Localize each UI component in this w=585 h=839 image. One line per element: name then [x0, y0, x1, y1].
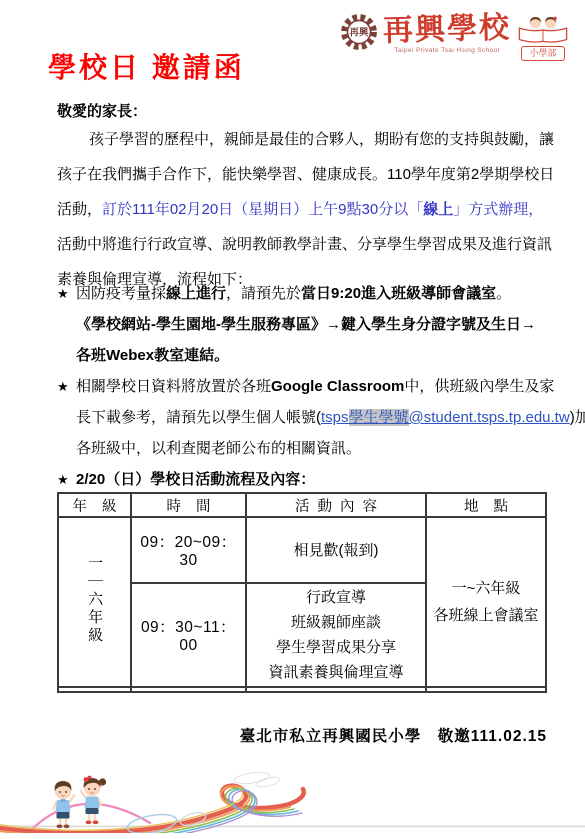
gear-logo-text: 再興 [350, 27, 369, 39]
star-bullet-icon: ★ [57, 464, 76, 495]
bullet-continuation: 長下載參考，請預先以學生個人帳號(tsps學生學號@student.tsps.t… [57, 402, 549, 433]
invitation-letter-page: 再興 再興學校 Taipei Private Tsai Hsing School… [0, 0, 585, 839]
bullet-list: ★ 因防疫考量採線上進行，請預先於當日9:20進入班級導師會議室。 《學校網站-… [57, 278, 549, 495]
page-bottom-line [0, 826, 585, 828]
intro-line: 孩子在我們攜手合作下，能快樂學習、健康成長。110學年度第2學期學校日 [57, 157, 549, 192]
header-activity: 活動內容 [246, 493, 426, 517]
bullet-continuation: 《學校網站-學生園地-學生服務專區》→鍵入學生身分證字號及生日→ [57, 309, 549, 340]
table-row: 一｜六年級 09：20~09：30 相見歡(報到) 一~六年級 各班線上會議室 [58, 517, 546, 583]
gear-logo-icon: 再興 [339, 12, 379, 52]
boy-figure [54, 781, 75, 828]
highlighted-student-id: 學生學號 [349, 409, 409, 426]
cell-activity: 行政宣導 班級親師座談 學生學習成果分享 資訊素養與倫理宣導 [246, 583, 426, 687]
website-path-text: 《學校網站-學生園地-學生服務專區》→鍵入學生身分證字號及生日→ [76, 309, 536, 340]
student-email-link[interactable]: tsps學生學號@student.tsps.tp.edu.tw [321, 409, 570, 426]
children-reading-icon [515, 14, 571, 48]
table-header-row: 年級 時間 活動內容 地點 [58, 493, 546, 517]
intro-line: 孩子學習的歷程中，親師是最佳的合夥人，期盼有您的支持與鼓勵，讓 [57, 122, 549, 157]
page-title: 學校日 邀請函 [48, 46, 245, 86]
schedule-table: 年級 時間 活動內容 地點 一｜六年級 09：20~09：30 相見歡(報到) … [57, 492, 547, 693]
intro-paragraph: 孩子學習的歷程中，親師是最佳的合夥人，期盼有您的支持與鼓勵，讓 孩子在我們攜手合… [57, 122, 549, 297]
table-stub-row [58, 687, 546, 692]
intro-line: 活動中將進行行政宣導、說明教師教學計畫、分享學生學習成果及進行資訊 [57, 227, 549, 262]
salutation: 敬愛的家長： [57, 100, 147, 121]
bullet-continuation: 各班級中，以利查閱老師公布的相關資訊。 [57, 433, 549, 464]
cell-grade-span: 一｜六年級 [58, 517, 131, 687]
school-logo: 再興 再興學校 Taipei Private Tsai Hsing School… [339, 12, 571, 61]
bullet-item-schedule: ★ 2/20（日）學校日活動流程及內容： [57, 464, 549, 495]
school-name-calligraphy: 再興學校 [383, 12, 512, 47]
bullet-continuation: 各班Webex教室連結。 [57, 340, 549, 371]
cell-place-span: 一~六年級 各班線上會議室 [426, 517, 546, 687]
webex-link-text: 各班Webex教室連結。 [76, 340, 229, 371]
signoff-text: 臺北市私立再興國民小學 敬邀111.02.15 [240, 724, 547, 746]
header-place: 地點 [426, 493, 546, 517]
header-grade: 年級 [58, 493, 131, 517]
children-decoration-icon [0, 769, 585, 833]
intro-line: 活動，訂於111年02月20日（星期日）上午9點30分以「線上」方式辦理， [57, 192, 549, 227]
girl-figure [81, 776, 107, 825]
event-date-text: 訂於111年02月20日（星期日）上午9點30分以「 [102, 201, 423, 218]
star-bullet-icon: ★ [57, 371, 76, 402]
cell-activity: 相見歡(報到) [246, 517, 426, 583]
division-badge: 小學部 [521, 46, 564, 61]
online-keyword: 線上 [423, 201, 453, 218]
header-time: 時間 [131, 493, 246, 517]
cell-time: 09：20~09：30 [131, 517, 246, 583]
star-bullet-icon: ★ [57, 278, 76, 309]
cell-time: 09：30~11：00 [131, 583, 246, 687]
bullet-item-online-entry: ★ 因防疫考量採線上進行，請預先於當日9:20進入班級導師會議室。 [57, 278, 549, 309]
school-name-english: Taipei Private Tsai Hsing School [394, 47, 499, 54]
bullet-item-classroom: ★ 相關學校日資料將放置於各班Google Classroom中，供班級內學生及… [57, 371, 549, 402]
